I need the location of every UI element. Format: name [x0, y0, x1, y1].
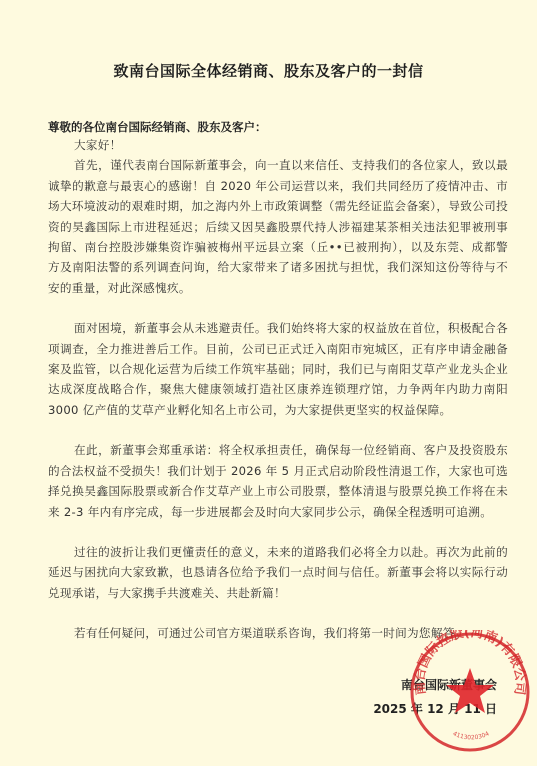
letter-title: 致南台国际全体经销商、股东及客户的一封信: [0, 60, 537, 81]
signature-date: 2025 年 12 月 11 日: [373, 697, 497, 721]
paragraph-apology: 首先，谨代表南台国际新董事会，向一直以来信任、支持我们的各位家人，致以最诚挚的歉…: [48, 155, 508, 298]
paragraph-closing: 过往的波折让我们更懂责任的意义，未来的道路我们必将全力以赴。再次为此前的延迟与困…: [48, 542, 508, 603]
salutation: 尊敬的各位南台国际经销商、股东及客户：: [48, 119, 267, 135]
svg-text:4113020304: 4113020304: [452, 730, 491, 741]
signature-org: 南台国际新董事会: [373, 673, 497, 697]
greeting: 大家好！: [48, 135, 508, 155]
paragraph-contact: 若有任何疑问，可通过公司官方渠道联系咨询，我们将第一时间为您解答。: [48, 623, 508, 643]
letter-body: 大家好！ 首先，谨代表南台国际新董事会，向一直以来信任、支持我们的各位家人，致以…: [48, 135, 508, 664]
paragraph-actions: 面对困境，新董事会从未逃避责任。我们始终将大家的权益放在首位，积极配合各项调查，…: [48, 318, 508, 420]
signature-block: 南台国际新董事会 2025 年 12 月 11 日: [373, 673, 497, 721]
paragraph-commitment: 在此，新董事会郑重承诺：将全权承担责任，确保每一位经销商、客户及投资股东的合法权…: [48, 440, 508, 522]
letter-page: 致南台国际全体经销商、股东及客户的一封信 尊敬的各位南台国际经销商、股东及客户：…: [0, 0, 537, 766]
